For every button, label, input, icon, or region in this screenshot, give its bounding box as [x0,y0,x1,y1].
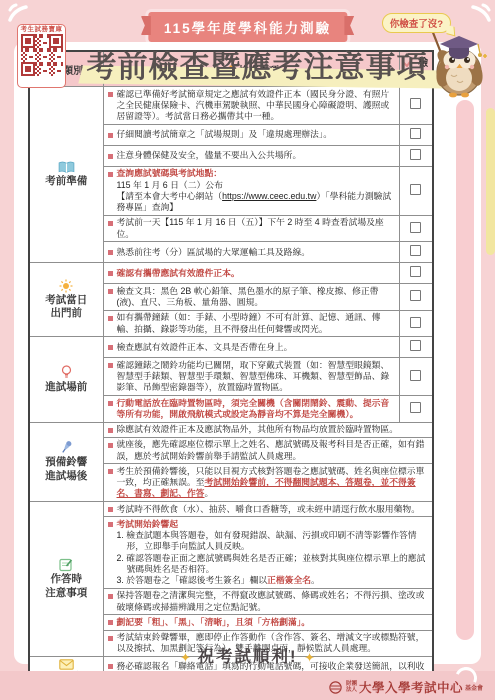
check-item-text: 如有攜帶鐘錶（如：手錶、小型時鐘）不可有計算、記憶、通訊、傳輸、拍攝、錄影等功能… [103,310,399,337]
qr-code-icon [21,34,63,76]
bullet-square-icon [108,154,113,159]
checkbox[interactable] [410,222,421,233]
bullet-square-icon [108,594,113,599]
closing-text: 祝考試順利! [198,648,298,666]
owl-mascot-icon [423,26,487,98]
ceec-url-link[interactable]: https://www.ceec.edu.tw [222,191,316,201]
checkbox[interactable] [410,340,421,351]
check-item-text: 注意身體保健及安全，儘量不要出入公共場所。 [103,145,399,166]
bullet-square-icon [108,289,113,294]
bullet-square-icon [108,172,113,177]
page-title: 考前檢查暨應考注意事項 [66,42,448,86]
check-cell [399,284,433,311]
bullet-square-icon [108,250,113,255]
closing-wish: ✦ 祝考試順利! ✦ [0,643,495,667]
book-icon [58,161,75,174]
check-cell [399,215,433,242]
check-cell [399,145,433,166]
check-cell [399,396,433,423]
checkbox[interactable] [410,317,421,328]
check-item-text: 仔細閱讀考試簡章之「試場規則」及「違規處理辦法」。 [103,124,399,145]
section-category: 進試場前 [29,337,103,422]
sparkle-icon: ✦ [304,650,315,665]
table-row: 作答時注意事項考試時不得飲食（水）、抽菸、嚼食口香糖等，或未經申請逕行飲水服用藥… [29,502,433,517]
bullet-square-icon [108,363,113,368]
checkbox[interactable] [410,149,421,160]
check-item-text: 劃記要「粗」、「黑」、「清晰」，且須「方格劃滿」。 [103,615,433,630]
check-item-text: 考試時不得飲食（水）、抽菸、嚼食口香糖等，或未經申請逕行飲水服用藥物。 [103,502,433,517]
bullet-square-icon [108,345,113,350]
org-prefix: 財團法人 [346,681,357,693]
bullet-square-icon [108,221,113,226]
bullet-square-icon [108,133,113,138]
checkbox[interactable] [410,266,421,277]
side-ribbon-decoration [456,100,474,640]
sun-icon [59,279,73,293]
checkbox[interactable] [410,402,421,413]
bullet-square-icon [108,522,113,527]
check-item-text: 確認已準備好考試簡章規定之應試有效證件正本（國民身分證、有照片之全民健康保險卡、… [103,87,399,125]
pushpin-icon [60,440,73,455]
sparkle-icon: ✦ [180,650,191,665]
check-item-text: 就座後，應先確認座位標示單上之姓名、應試號碼及報考科目是否正確，如有錯誤，應於考… [103,437,433,464]
bullet-square-icon [108,271,113,276]
org-suffix: 基金會 [465,683,483,692]
bullet-square-icon [108,507,113,512]
check-item-text: 除應試有效證件正本及應試物品外，其他所有物品均放置於臨時置物區。 [103,422,433,437]
footer-band: 財團法人 大學入學考試中心 基金會 [0,671,495,700]
section-category: 考試當日出門前 [29,263,103,337]
check-cell [399,358,433,396]
check-cell [399,242,433,263]
bullet-square-icon [108,620,113,625]
check-item-text: 行動電話放在臨時置物區時，須完全關機（含關閉鬧鈴、震動、提示音等所有功能，開啟飛… [103,396,399,423]
checkbox[interactable] [410,184,421,195]
check-item-text: 檢查文具：黑色 2B 軟心鉛筆、黑色墨水的原子筆、橡皮擦、修正帶(液)、直尺、三… [103,284,399,311]
qr-label: 考生試務寶庫 [18,25,65,34]
check-item-text: 考試前一天【115 年 1 月 16 日（五）】下午 2 時至 4 時查看試場及… [103,215,399,242]
check-item-text: 檢查應試有效證件正本、文具是否帶在身上。 [103,337,399,358]
table-row: 考前準備確認已準備好考試簡章規定之應試有效證件正本（國民身分證、有照片之全民健康… [29,87,433,125]
check-cell [399,310,433,337]
org-name: 大學入學考試中心 [359,678,463,696]
table-row: 預備鈴響進試場後除應試有效證件正本及應試物品外，其他所有物品均放置於臨時置物區。 [29,422,433,437]
bullet-square-icon [108,469,113,474]
mascot-speech-bubble: 你檢查了沒? [382,13,451,33]
checklist-table: 類別 檢查事項 檢查 考前準備確認已準備好考試簡章規定之應試有效證件正本（國民身… [28,50,434,689]
checkbox[interactable] [410,128,421,139]
table-row: 進試場前檢查應試有效證件正本、文具是否帶在身上。 [29,337,433,358]
qr-code-box[interactable]: 考生試務寶庫 [17,24,66,88]
bullet-square-icon [108,636,113,641]
side-yellow-decoration [486,108,495,255]
check-item-text: 考試開始鈴響起1. 檢查試題本與答題卷，如有發現錯誤、缺漏、污損或印刷不清等影響… [103,517,433,589]
section-category: 預備鈴響進試場後 [29,422,103,502]
table-row: 考試當日出門前確認有攜帶應試有效證件正本。 [29,263,433,284]
check-item-text: 確認有攜帶應試有效證件正本。 [103,263,399,284]
bullet-square-icon [108,401,113,406]
check-item-text: 保持答題卷之清潔與完整，不得竄改應試號碼、條碼或姓名；不得污損、塗改或破壞條碼或… [103,588,433,615]
check-cell [399,124,433,145]
poster-page: 考生試務寶庫 115學年度學科能力測驗 考前檢查暨應考注意事項 你檢查了沒? [0,0,495,700]
check-item-text: 查詢應試號碼與考試地點：115 年 1 月 6 日（二）公布【請至本會大考中心網… [103,166,399,215]
check-item-text: 確認鐘錶之鬧鈴功能均已關閉，取下穿戴式裝置（如：智慧型眼鏡類、智慧型手錶類、智慧… [103,358,399,396]
check-item-text: 熟悉前往考（分）區試場的大眾運輸工具及路線。 [103,242,399,263]
bulb-icon [61,365,72,380]
memo-icon [59,558,73,572]
checkbox[interactable] [410,245,421,256]
bullet-square-icon [108,92,113,97]
checkbox[interactable] [410,290,421,301]
corner-swoosh-icon [6,2,32,26]
bullet-square-icon [108,428,113,433]
section-category: 考前準備 [29,87,103,263]
check-item-text: 考生於預備鈴響後，只能以目視方式核對答題卷之應試號碼、姓名與座位標示單一致，均正… [103,464,433,502]
ceec-logo: 財團法人 大學入學考試中心 基金會 [329,678,483,696]
checkbox[interactable] [410,98,421,109]
section-category: 作答時注意事項 [29,502,103,657]
check-cell [399,263,433,284]
check-cell [399,337,433,358]
check-cell [399,166,433,215]
checkbox[interactable] [410,370,421,381]
bullet-square-icon [108,443,113,448]
bullet-square-icon [108,316,113,321]
exam-banner: 115學年度學科能力測驗 [148,12,347,42]
ceec-emblem-icon [329,681,342,694]
corner-swoosh-icon [467,2,493,26]
